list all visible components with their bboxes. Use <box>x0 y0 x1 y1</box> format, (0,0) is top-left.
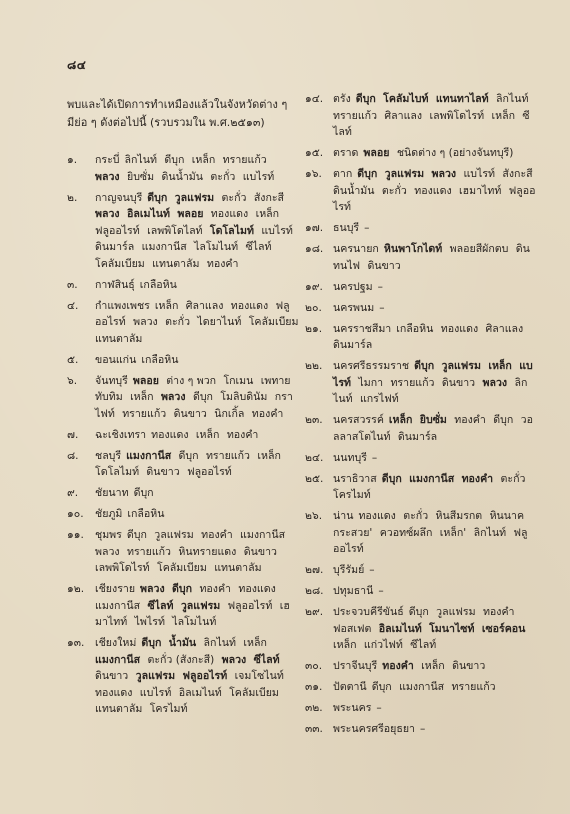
mineral-name: ทรายแก้ว <box>333 110 377 122</box>
mineral-name: โครไมท์ <box>333 489 371 501</box>
mineral-name: ดีบุก <box>179 450 199 462</box>
entry-number: ๑๕. <box>305 145 333 162</box>
mineral-name: เหล็ก <box>333 639 357 651</box>
province-entry: ๑๗.ธนบุรี– <box>305 220 537 237</box>
entry-body: กระบี่ลิกไนท์ ดีบุก เหล็ก ทรายแก้ว พลวง … <box>95 152 299 185</box>
province-name: นครศรีธรรมราช <box>333 360 409 372</box>
mineral-name: เหล็ก <box>192 154 216 166</box>
entry-number: ๒๔. <box>305 450 333 467</box>
mineral-name: โครไมท์ <box>150 703 188 715</box>
mineral-name: ทองแดง <box>151 429 188 441</box>
mineral-name: ลิกไนท์ <box>125 154 157 166</box>
mineral-name: โคลัมไบท์ <box>383 93 428 105</box>
province-name: กาฬสินธุ์ <box>95 279 135 291</box>
mineral-name: เลพพิโดไรท์ <box>429 110 484 122</box>
mineral-name: ยิบซั่ม <box>420 414 447 426</box>
entry-number: ๙. <box>67 485 95 502</box>
mineral-name: ต่าง ๆ พวก <box>166 375 216 387</box>
mineral-name: ทองคำ <box>207 258 239 270</box>
province-entry: ๑๖.ตากดีบุก วูลแฟรม พลวง แบไรท์ สังกะสี … <box>305 166 537 216</box>
mineral-name: พลวง <box>95 208 120 220</box>
mineral-name: ทองคำ <box>382 660 414 672</box>
mineral-name: แทนตาลัม <box>214 562 261 574</box>
mineral-name: แทนทาไลท์ <box>436 93 489 105</box>
mineral-name: ดีบุก <box>356 93 376 105</box>
entry-body: น่านทองแดง ตะกั่ว หินสีมรกต หินนาคกระสวย… <box>333 508 537 558</box>
mineral-name: พลวง <box>222 654 247 666</box>
province-entry: ๒.กาญจนบุรีดีบุก วูลแฟรม ตะกั่ว สังกะสี … <box>67 190 299 273</box>
mineral-name: อิลเมไนท์ <box>179 687 222 699</box>
intro-paragraph: พบและได้เปิดการทำเหมืองแล้วในจังหวัดต่าง… <box>67 96 295 132</box>
province-entry: ๒๙.ประจวบคีรีขันธ์ดีบุก วูลแฟรม ทองคำ ฟอ… <box>305 604 537 654</box>
entry-number: ๒๑. <box>305 321 333 354</box>
mineral-name: เหล็ก <box>491 110 515 122</box>
mineral-name: ลิกไนท์ <box>474 527 506 539</box>
mineral-name: แก่วไฟท์ <box>364 639 403 651</box>
mineral-name: ตะกั่ว (สังกะสี) <box>147 654 214 666</box>
mineral-name: – <box>378 585 383 597</box>
province-entry: ๒๔.นนทบุรี– <box>305 450 537 467</box>
mineral-name: ตะกั่ว <box>403 510 428 522</box>
entry-number: ๗. <box>67 427 95 444</box>
entry-body: ชุมพรดีบุก วูลแฟรม ทองคำ แมงกานีส พลวง ท… <box>95 527 299 577</box>
mineral-name: – <box>372 452 377 464</box>
entry-number: ๒๗. <box>305 562 333 579</box>
mineral-name: ดินมาร์ล <box>333 339 372 351</box>
mineral-name: – <box>420 723 425 735</box>
mineral-name: ดีบุก <box>193 391 213 403</box>
mineral-name: ทรายแก้ว <box>390 377 434 389</box>
province-entry: ๒๓.นครสวรรค์เหล็ก ยิบซั่ม ทองคำ ดีบุก วอ… <box>305 412 537 445</box>
entry-number: ๒๖. <box>305 508 333 558</box>
entry-body: พระนครศรีอยุธยา– <box>333 721 537 738</box>
mineral-name: แมงกานีส <box>126 450 171 462</box>
mineral-name: เหล็ก' <box>440 527 466 539</box>
province-name: ธนบุรี <box>333 222 359 234</box>
mineral-name: เลพพิโดไรท์ <box>95 562 150 574</box>
mineral-name: ทองคำ <box>252 408 284 420</box>
entry-number: ๒. <box>67 190 95 273</box>
mineral-name: ดีบุก <box>141 637 161 649</box>
mineral-name: สังกะสี <box>502 168 532 180</box>
mineral-name: วูลแฟรม <box>436 606 475 618</box>
entry-body: ปทุมธานี– <box>333 583 537 600</box>
mineral-name: เหล็ก <box>421 660 445 672</box>
province-name: ขอนแก่น <box>95 354 136 366</box>
mineral-name: ตะกั่ว <box>382 185 407 197</box>
entry-body: นราธิวาสดีบุก แมงกานีส ทองคำ ตะกั่ว โครไ… <box>333 471 537 504</box>
mineral-name: ดีบุก <box>164 154 184 166</box>
mineral-name: วูลแฟรม <box>442 360 481 372</box>
mineral-name: ทองแดง <box>95 687 132 699</box>
mineral-name: แทนตาลัม <box>152 258 199 270</box>
entry-number: ๑๑. <box>67 527 95 577</box>
mineral-name: ดีบุก <box>172 583 192 595</box>
mineral-name: ตะกั่ว <box>501 473 526 485</box>
document-page: ๘๔ พบและได้เปิดการทำเหมืองแล้วในจังหวัดต… <box>0 0 570 814</box>
mineral-name: ทองแดง <box>358 510 395 522</box>
mineral-name: เซอร์คอน <box>482 623 526 635</box>
province-name: ชัยภูมิ <box>95 508 122 520</box>
entry-body: ฉะเชิงเทราทองแดง เหล็ก ทองคำ <box>95 427 299 444</box>
mineral-name: หินสีมรกต <box>436 510 483 522</box>
mineral-name: ฟลูออไรท์ <box>182 670 227 682</box>
entry-body: จันทบุรีพลอย ต่าง ๆ พวก โกเมน เพทาย ทับท… <box>95 373 299 423</box>
entry-number: ๒๘. <box>305 583 333 600</box>
mineral-name: ตะกั่ว <box>222 192 247 204</box>
mineral-name: ทองแดง <box>211 208 248 220</box>
mineral-name: ดีบุก <box>493 414 513 426</box>
province-entry: ๒๐.นครพนม– <box>305 300 537 317</box>
mineral-name: ลิกไนท์ <box>204 637 236 649</box>
entry-number: ๓๑. <box>305 679 333 696</box>
province-name: กระบี่ <box>95 154 120 166</box>
mineral-name: – <box>376 702 381 714</box>
mineral-name: แมงกานีส <box>240 529 285 541</box>
province-name: ฉะเชิงเทรา <box>95 429 146 441</box>
province-name: เชียงราย <box>95 583 135 595</box>
mineral-name: เหล็ก <box>196 429 220 441</box>
mineral-name: ดินขาว <box>146 466 179 478</box>
mineral-name: แมงกานีส <box>95 600 140 612</box>
mineral-name: ซีไลท์ <box>147 600 173 612</box>
province-entry: ๑๓.เชียงใหม่ดีบุก น้ำมัน ลิกไนท์ เหล็ก แ… <box>67 635 299 718</box>
mineral-name: วูลแฟรม <box>181 600 220 612</box>
entry-body: ตรังดีบุก โคลัมไบท์ แทนทาไลท์ ลิกไนท์ ทร… <box>333 91 537 141</box>
mineral-name: ดินมาร์ล <box>398 431 437 443</box>
mineral-name: ดินน้ำมัน <box>161 171 203 183</box>
mineral-name: ดีบุก <box>414 360 434 372</box>
province-entry: ๘.ชลบุรีแมงกานีส ดีบุก ทรายแก้ว เหล็ก โด… <box>67 448 299 481</box>
entry-body: นครสวรรค์เหล็ก ยิบซั่ม ทองคำ ดีบุก วอลลา… <box>333 412 537 445</box>
mineral-name: – <box>378 281 383 293</box>
mineral-name: เหล็ก <box>257 450 281 462</box>
mineral-name: เหล็ก <box>243 637 267 649</box>
entry-number: ๑๐. <box>67 506 95 523</box>
mineral-name: โกเมน <box>223 375 253 387</box>
mineral-name: ซีไลท์ <box>245 241 271 253</box>
entry-number: ๒๙. <box>305 604 333 654</box>
province-entry: ๕.ขอนแก่นเกลือหิน <box>67 352 299 369</box>
entry-number: ๔. <box>67 298 95 348</box>
province-entry: ๓๒.พระนคร– <box>305 700 537 717</box>
entry-number: ๑๒. <box>67 581 95 631</box>
province-entry: ๔.กำแพงเพชรเหล็ก ศิลาแลง ทองแดง ฟลูออไรท… <box>67 298 299 348</box>
mineral-name: ไมกา <box>358 377 383 389</box>
page-number: ๘๔ <box>67 56 86 75</box>
mineral-name: ดีบุก <box>147 192 167 204</box>
mineral-name: ดินน้ำมัน <box>333 185 375 197</box>
mineral-name: ศิลาแลง <box>186 300 224 312</box>
province-entry: ๑๑.ชุมพรดีบุก วูลแฟรม ทองคำ แมงกานีส พลว… <box>67 527 299 577</box>
province-entry: ๑๙.นครปฐม– <box>305 279 537 296</box>
mineral-name: ดีบุก <box>372 681 392 693</box>
entry-body: นครนายกหินพาโกไดท์ พลอยสีผักตบ ดินทนไฟ ด… <box>333 241 537 274</box>
mineral-name: แมงกานีส <box>142 241 187 253</box>
mineral-name: ทับทิม <box>95 391 123 403</box>
entry-number: ๑๖. <box>305 166 333 216</box>
mineral-name: ทรายแก้ว <box>206 450 250 462</box>
mineral-name: ทรายแก้ว <box>223 154 267 166</box>
province-name: ปทุมธานี <box>333 585 373 597</box>
mineral-name: พลวง <box>95 546 120 558</box>
province-entry: ๑๕.ตราดพลอย ชนิดต่าง ๆ (อย่างจันทบุรี) <box>305 145 537 162</box>
province-name: ชุมพร <box>95 529 122 541</box>
mineral-name: พลวง <box>133 316 158 328</box>
mineral-name: ดินขาว <box>95 670 128 682</box>
mineral-name: แบไรท์ <box>243 171 275 183</box>
province-entry: ๓๐.ปราจีนบุรีทองคำ เหล็ก ดินขาว <box>305 658 537 675</box>
mineral-name: ซีไลท์ <box>254 654 280 666</box>
mineral-name: ทองคำ <box>199 583 231 595</box>
entry-number: ๖. <box>67 373 95 423</box>
province-name: นนทบุรี <box>333 452 367 464</box>
entry-body: ปราจีนบุรีทองคำ เหล็ก ดินขาว <box>333 658 537 675</box>
mineral-name: พลอย <box>177 208 203 220</box>
mineral-name: ดินขาว <box>174 408 207 420</box>
province-entry: ๒๒.นครศรีธรรมราชดีบุก วูลแฟรม เหล็ก แบไร… <box>305 358 537 408</box>
province-entry: ๒๘.ปทุมธานี– <box>305 583 537 600</box>
mineral-name: ดีบุก <box>127 529 147 541</box>
province-list-left: ๑.กระบี่ลิกไนท์ ดีบุก เหล็ก ทรายแก้ว พลว… <box>67 152 299 722</box>
mineral-name: โดโลไมท์ <box>210 225 254 237</box>
mineral-name: แบไรท์ <box>140 687 172 699</box>
mineral-name: ทองคำ <box>462 473 494 485</box>
mineral-name: ทองคำ <box>483 606 515 618</box>
province-name: พระนคร <box>333 702 371 714</box>
entry-body: เชียงรายพลวง ดีบุก ทองคำ ทองแดง แมงกานีส… <box>95 581 299 631</box>
entry-body: พระนคร– <box>333 700 537 717</box>
province-name: บุรีรัมย์ <box>333 564 364 576</box>
mineral-name: ทองคำ <box>454 414 486 426</box>
mineral-name: แบไรท์ <box>261 225 293 237</box>
entry-body: นนทบุรี– <box>333 450 537 467</box>
mineral-name: หินพาโกไดท์ <box>384 243 442 255</box>
mineral-name: ซีไลท์ <box>410 639 436 651</box>
province-name: ชัยนาท <box>95 487 129 499</box>
province-name: นครปฐม <box>333 281 373 293</box>
mineral-name: โคลัมเบียม <box>157 562 207 574</box>
mineral-name: เลพพิโดไลท์ <box>147 225 202 237</box>
mineral-name: พลวง <box>431 168 456 180</box>
entry-body: นครปฐม– <box>333 279 537 296</box>
province-entry: ๒๑.นครราชสีมาเกลือหิน ทองแดง ศิลาแลง ดิน… <box>305 321 537 354</box>
mineral-name: ฟลูออไรท์ <box>228 600 273 612</box>
mineral-name: ไดยาไนท์ <box>197 316 241 328</box>
mineral-name: พลอย <box>133 375 159 387</box>
province-list-right: ๑๔.ตรังดีบุก โคลัมไบท์ แทนทาไลท์ ลิกไนท์… <box>305 91 537 742</box>
mineral-name: หินทรายแดง <box>178 546 236 558</box>
entry-number: ๒๐. <box>305 300 333 317</box>
mineral-name: พลวง <box>140 583 165 595</box>
province-name: ปราจีนบุรี <box>333 660 377 672</box>
mineral-name: เกลือหิน <box>141 354 178 366</box>
mineral-name: ศิลาแลง <box>384 110 422 122</box>
mineral-name: พลวง <box>483 377 508 389</box>
entry-body: นครราชสีมาเกลือหิน ทองแดง ศิลาแลง ดินมาร… <box>333 321 537 354</box>
mineral-name: เหล็ก <box>155 300 179 312</box>
mineral-name: – <box>369 564 374 576</box>
province-entry: ๒๖.น่านทองแดง ตะกั่ว หินสีมรกต หินนาคกระ… <box>305 508 537 558</box>
mineral-name: เฮมาไทท์ <box>459 185 501 197</box>
mineral-name: ทองคำ <box>201 529 233 541</box>
mineral-name: ดินขาว <box>244 546 277 558</box>
mineral-name: เหล็ก <box>256 208 280 220</box>
mineral-name: – <box>364 222 369 234</box>
entry-number: ๘. <box>67 448 95 481</box>
mineral-name: น้ำมัน <box>169 637 196 649</box>
province-name: ตรัง <box>333 93 351 105</box>
entry-number: ๒๕. <box>305 471 333 504</box>
mineral-name: พลอยสีผักตบ <box>450 243 509 255</box>
province-name: ตราด <box>333 147 358 159</box>
province-name: ปัตตานี <box>333 681 367 693</box>
mineral-name: ฟอสเฟต <box>333 623 371 635</box>
entry-body: กำแพงเพชรเหล็ก ศิลาแลง ทองแดง ฟลูออไรท์ … <box>95 298 299 348</box>
mineral-name: แมงกานีส <box>399 681 444 693</box>
entry-number: ๑๗. <box>305 220 333 237</box>
mineral-name: แทนตาลัม <box>95 703 142 715</box>
mineral-name: พลวง <box>161 391 186 403</box>
entry-body: ประจวบคีรีขันธ์ดีบุก วูลแฟรม ทองคำ ฟอสเฟ… <box>333 604 537 654</box>
province-entry: ๓.กาฬสินธุ์เกลือหิน <box>67 277 299 294</box>
mineral-name: โดโลไมท์ <box>95 466 139 478</box>
mineral-name: ตะกั่ว <box>210 171 235 183</box>
entry-body: นครศรีธรรมราชดีบุก วูลแฟรม เหล็ก แบไรท์ … <box>333 358 537 408</box>
province-entry: ๒๗.บุรีรัมย์– <box>305 562 537 579</box>
province-name: น่าน <box>333 510 353 522</box>
mineral-name: ไลโมไนท์ <box>172 616 216 628</box>
mineral-name: แกรไฟท์ <box>360 393 399 405</box>
mineral-name: โคลัมเบียม <box>95 258 145 270</box>
mineral-name: วูลแฟรม <box>154 529 193 541</box>
province-entry: ๑๐.ชัยภูมิเกลือหิน <box>67 506 299 523</box>
province-name: นครราชสีมา <box>333 323 391 335</box>
mineral-name: วูลแฟรม <box>175 192 214 204</box>
entry-number: ๑. <box>67 152 95 185</box>
entry-number: ๓. <box>67 277 95 294</box>
entry-body: เชียงใหม่ดีบุก น้ำมัน ลิกไนท์ เหล็ก แมงก… <box>95 635 299 718</box>
mineral-name: แมงกานีส <box>95 654 140 666</box>
province-name: ชลบุรี <box>95 450 121 462</box>
entry-body: นครพนม– <box>333 300 537 317</box>
province-name: นครนายก <box>333 243 379 255</box>
province-entry: ๓๓.พระนครศรีอยุธยา– <box>305 721 537 738</box>
mineral-name: ลิกไนท์ <box>496 93 528 105</box>
province-name: เชียงใหม่ <box>95 637 136 649</box>
mineral-name: วูลแฟรม <box>136 670 175 682</box>
mineral-name: ดีบุก <box>134 487 154 499</box>
entry-body: ตราดพลอย ชนิดต่าง ๆ (อย่างจันทบุรี) <box>333 145 537 162</box>
entry-body: ชัยนาทดีบุก <box>95 485 299 502</box>
mineral-name: นิกเกิ้ล <box>214 408 244 420</box>
mineral-name: ดีบุก <box>382 473 402 485</box>
entry-number: ๓๒. <box>305 700 333 717</box>
mineral-name: เพทาย <box>261 375 291 387</box>
entry-number: ๓๓. <box>305 721 333 738</box>
mineral-name: ทองแดง <box>238 583 275 595</box>
mineral-name: ทองแดง <box>231 300 268 312</box>
mineral-name: วูลแฟรม <box>385 168 424 180</box>
mineral-name: ทรายแก้ว <box>122 408 166 420</box>
mineral-name: ทองแดง <box>441 323 478 335</box>
mineral-name: ทรายแก้ว <box>127 546 171 558</box>
province-entry: ๑๒.เชียงรายพลวง ดีบุก ทองคำ ทองแดง แมงกา… <box>67 581 299 631</box>
entry-body: กาญจนบุรีดีบุก วูลแฟรม ตะกั่ว สังกะสี พล… <box>95 190 299 273</box>
mineral-name: เหล็ก <box>488 360 512 372</box>
province-entry: ๑๔.ตรังดีบุก โคลัมไบท์ แทนทาไลท์ ลิกไนท์… <box>305 91 537 141</box>
entry-body: บุรีรัมย์– <box>333 562 537 579</box>
mineral-name: เกลือหิน <box>396 323 433 335</box>
entry-number: ๕. <box>67 352 95 369</box>
province-name: ประจวบคีรีขันธ์ <box>333 606 404 618</box>
mineral-name: ยิบซั่ม <box>127 171 154 183</box>
mineral-name: เหล็ก <box>389 414 413 426</box>
entry-number: ๑๓. <box>67 635 95 718</box>
province-name: พระนครศรีอยุธยา <box>333 723 415 735</box>
mineral-name: – <box>379 302 384 314</box>
province-name: นครสวรรค์ <box>333 414 384 426</box>
entry-body: ตากดีบุก วูลแฟรม พลวง แบไรท์ สังกะสี ดิน… <box>333 166 537 216</box>
entry-number: ๑๙. <box>305 279 333 296</box>
mineral-name: แบไรท์ <box>463 168 495 180</box>
province-name: นราธิวาส <box>333 473 377 485</box>
mineral-name: สังกะสี <box>254 192 284 204</box>
mineral-name: เจมโซไนท์ <box>235 670 284 682</box>
mineral-name: ฟลูออไรท์ <box>95 225 140 237</box>
province-entry: ๖.จันทบุรีพลอย ต่าง ๆ พวก โกเมน เพทาย ทั… <box>67 373 299 423</box>
mineral-name: เหล็ก <box>130 391 154 403</box>
entry-number: ๓๐. <box>305 658 333 675</box>
province-name: ตาก <box>333 168 352 180</box>
entry-number: ๑๔. <box>305 91 333 141</box>
entry-body: ธนบุรี– <box>333 220 537 237</box>
mineral-name: อิลเมไนท์ <box>379 623 422 635</box>
province-entry: ๙.ชัยนาทดีบุก <box>67 485 299 502</box>
province-name: กาญจนบุรี <box>95 192 142 204</box>
province-entry: ๓๑.ปัตตานีดีบุก แมงกานีส ทรายแก้ว <box>305 679 537 696</box>
mineral-name: โมลิบดินัม <box>220 391 267 403</box>
mineral-name: ทรายแก้ว <box>452 681 496 693</box>
mineral-name: ทองคำ <box>227 429 259 441</box>
mineral-name: ดินขาว <box>442 377 475 389</box>
mineral-name: ฟลูออไรท์ <box>187 466 232 478</box>
mineral-name: ชนิดต่าง ๆ (อย่างจันทบุรี) <box>397 147 514 159</box>
mineral-name: ทองแดง <box>414 185 451 197</box>
entry-number: ๒๒. <box>305 358 333 408</box>
mineral-name: โมนาไซท์ <box>429 623 474 635</box>
province-name: จันทบุรี <box>95 375 128 387</box>
province-name: กำแพงเพชร <box>95 300 150 312</box>
entry-body: ขอนแก่นเกลือหิน <box>95 352 299 369</box>
mineral-name: พลอย <box>363 147 389 159</box>
province-entry: ๑๘.นครนายกหินพาโกไดท์ พลอยสีผักตบ ดินทนไ… <box>305 241 537 274</box>
mineral-name: โคลัมเบียม <box>229 687 279 699</box>
entry-body: ชัยภูมิเกลือหิน <box>95 506 299 523</box>
mineral-name: ดีบุก <box>357 168 377 180</box>
mineral-name: ดินมาร์ล <box>95 241 134 253</box>
mineral-name: แมงกานีส <box>409 473 454 485</box>
province-name: นครพนม <box>333 302 374 314</box>
mineral-name: ศิลาแลง <box>486 323 524 335</box>
mineral-name: ดินขาว <box>367 260 400 272</box>
mineral-name: ไพไรท์ <box>135 616 165 628</box>
province-entry: ๗.ฉะเชิงเทราทองแดง เหล็ก ทองคำ <box>67 427 299 444</box>
province-entry: ๑.กระบี่ลิกไนท์ ดีบุก เหล็ก ทรายแก้ว พลว… <box>67 152 299 185</box>
mineral-name: ไลโมไนท์ <box>194 241 238 253</box>
entry-number: ๒๓. <box>305 412 333 445</box>
entry-body: ชลบุรีแมงกานีส ดีบุก ทรายแก้ว เหล็ก โดโล… <box>95 448 299 481</box>
